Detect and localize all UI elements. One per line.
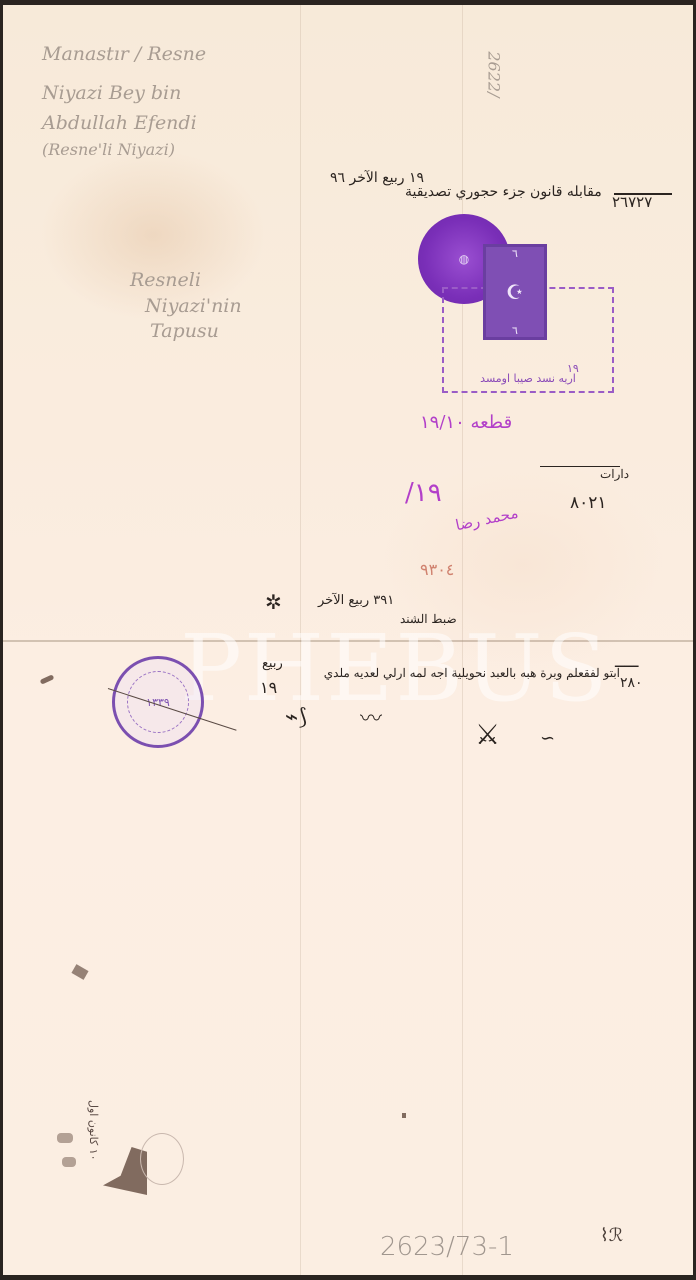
magenta-fraction-note: ١٩/ [405,478,442,508]
corner-signature: ⌇ℛ [600,1225,623,1246]
signature: 〰 [360,702,382,733]
pencil-line: Niyazi Bey bin [42,79,206,108]
pencil-line: Abdullah Efendi [42,109,206,138]
right-note-label: دارات [600,467,629,481]
salmon-note: ٩٣٠٤ [420,560,454,579]
mid-note: ٣٩١ ربيع الآخر [318,593,394,608]
pencil-line: Manastır / Resne [42,40,206,69]
archive-number: 2623/73-1 [380,1232,514,1262]
round-official-seal: ١٣٣٩ [112,656,204,748]
main-serial: ٢٨٠ [620,675,643,691]
crescent-star-icon: ☪ [506,280,524,304]
ink-smudge [62,1157,76,1167]
pencil-note-block: Manastır / Resne Niyazi Bey bin Abdullah… [42,40,206,163]
main-date: ١٩ [260,678,277,697]
record-number: ٢٦٧٢٧ [612,193,652,211]
main-date-label: ربيع [262,656,283,671]
pencil-top-ref: 2622/ [481,51,506,97]
header-date: ١٩ ربيع الآخر ٩٦ [330,170,424,186]
main-text: ابتو لفقعلم وبرة هبه بالعبد نحويلية اجه … [290,660,620,686]
header-line: مقابله قانون جزء حجوري تصديقية [405,184,602,200]
pencil-line: (Resne'li Niyazi) [42,138,206,163]
pencil-title-line: Resneli [130,268,242,294]
signature: ⚔ [475,718,500,751]
pencil-title-line: Tapusu [130,319,242,345]
revenue-stamp-value: ٦ [512,247,518,260]
ink-dot [402,1113,406,1118]
faint-seal-impression [140,1133,184,1185]
revenue-stamp: ٦ ☪ ٦ [483,244,547,340]
pencil-title-line: Niyazi'nin [130,294,242,320]
signature: ∽ [540,728,555,749]
signature: ⌁⟆ [285,705,307,730]
signature-mark: ✲ [265,590,282,614]
ink-smudge [57,1133,73,1143]
magenta-parcel-note: قطعه ١٩/١٠ [420,412,512,433]
bottom-margin-note: ١٠ كانون اول [87,1100,100,1161]
pencil-title-block: Resneli Niyazi'nin Tapusu [130,268,242,345]
revenue-stamp-value-bottom: ٦ [512,324,518,337]
rect-stamp-date: ١٩ [567,362,579,375]
right-note-number: ٨٠٢١ [570,493,607,513]
rect-stamp-text: اريه نسد صيبا اومسد [480,372,576,385]
